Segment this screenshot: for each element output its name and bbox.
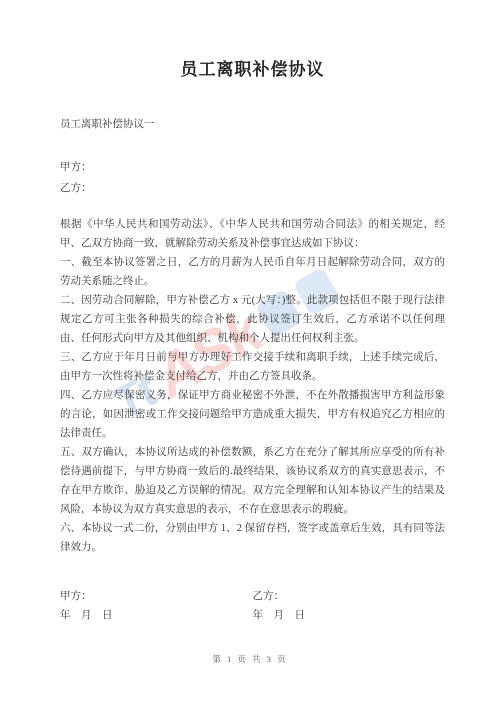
intro-paragraph: 根据《中华人民共和国劳动法》、《中华人民共和国劳动合同法》的相关规定，经甲、乙双… — [60, 215, 445, 253]
party-b-label: 乙方： — [60, 178, 445, 199]
clause-5: 五、双方确认，本协议所达成的补偿数额，系乙方在充分了解其所应享受的所有补偿待遇前… — [60, 443, 445, 519]
signature-party-b: 乙方： 年 月 日 — [253, 587, 446, 625]
clause-1: 一、截至本协议签署之日，乙方的月薪为人民币自年月日起解除劳动合同，双方的劳动关系… — [60, 253, 445, 291]
signature-date-a: 年 月 日 — [60, 606, 253, 625]
signature-block: 甲方： 年 月 日 乙方： 年 月 日 — [60, 587, 445, 625]
page-number: 第 1 页 共 3 页 — [0, 653, 500, 665]
clause-4: 四、乙方应尽保密义务，保证甲方商业秘密不外泄，不在外散播损害甲方利益形象的言论，… — [60, 386, 445, 443]
signature-party-a-label: 甲方： — [60, 587, 253, 606]
clause-6: 六、本协议一式二份，分别由甲方 1、2 保留存档，签字或盖章后生效，具有同等法律… — [60, 519, 445, 557]
party-a-label: 甲方： — [60, 157, 445, 178]
document-page: Tt ASk 员工离职补偿协议 员工离职补偿协议一 甲方： 乙方： 根据《中华人… — [0, 0, 500, 706]
clause-2: 二、因劳动合同解除，甲方补偿乙方 x 元(大写：)整。此款项包括但不限于现行法律… — [60, 291, 445, 348]
signature-party-a: 甲方： 年 月 日 — [60, 587, 253, 625]
clause-3: 三、乙方应于年月日前与甲方办理好工作交接手续和离职手续，上述手续完成后，由甲方一… — [60, 348, 445, 386]
signature-party-b-label: 乙方： — [253, 587, 446, 606]
signature-date-b: 年 月 日 — [253, 606, 446, 625]
document-title: 员工离职补偿协议 — [60, 58, 445, 82]
document-body: 员工离职补偿协议 员工离职补偿协议一 甲方： 乙方： 根据《中华人民共和国劳动法… — [60, 0, 445, 625]
document-subtitle: 员工离职补偿协议一 — [60, 118, 445, 132]
